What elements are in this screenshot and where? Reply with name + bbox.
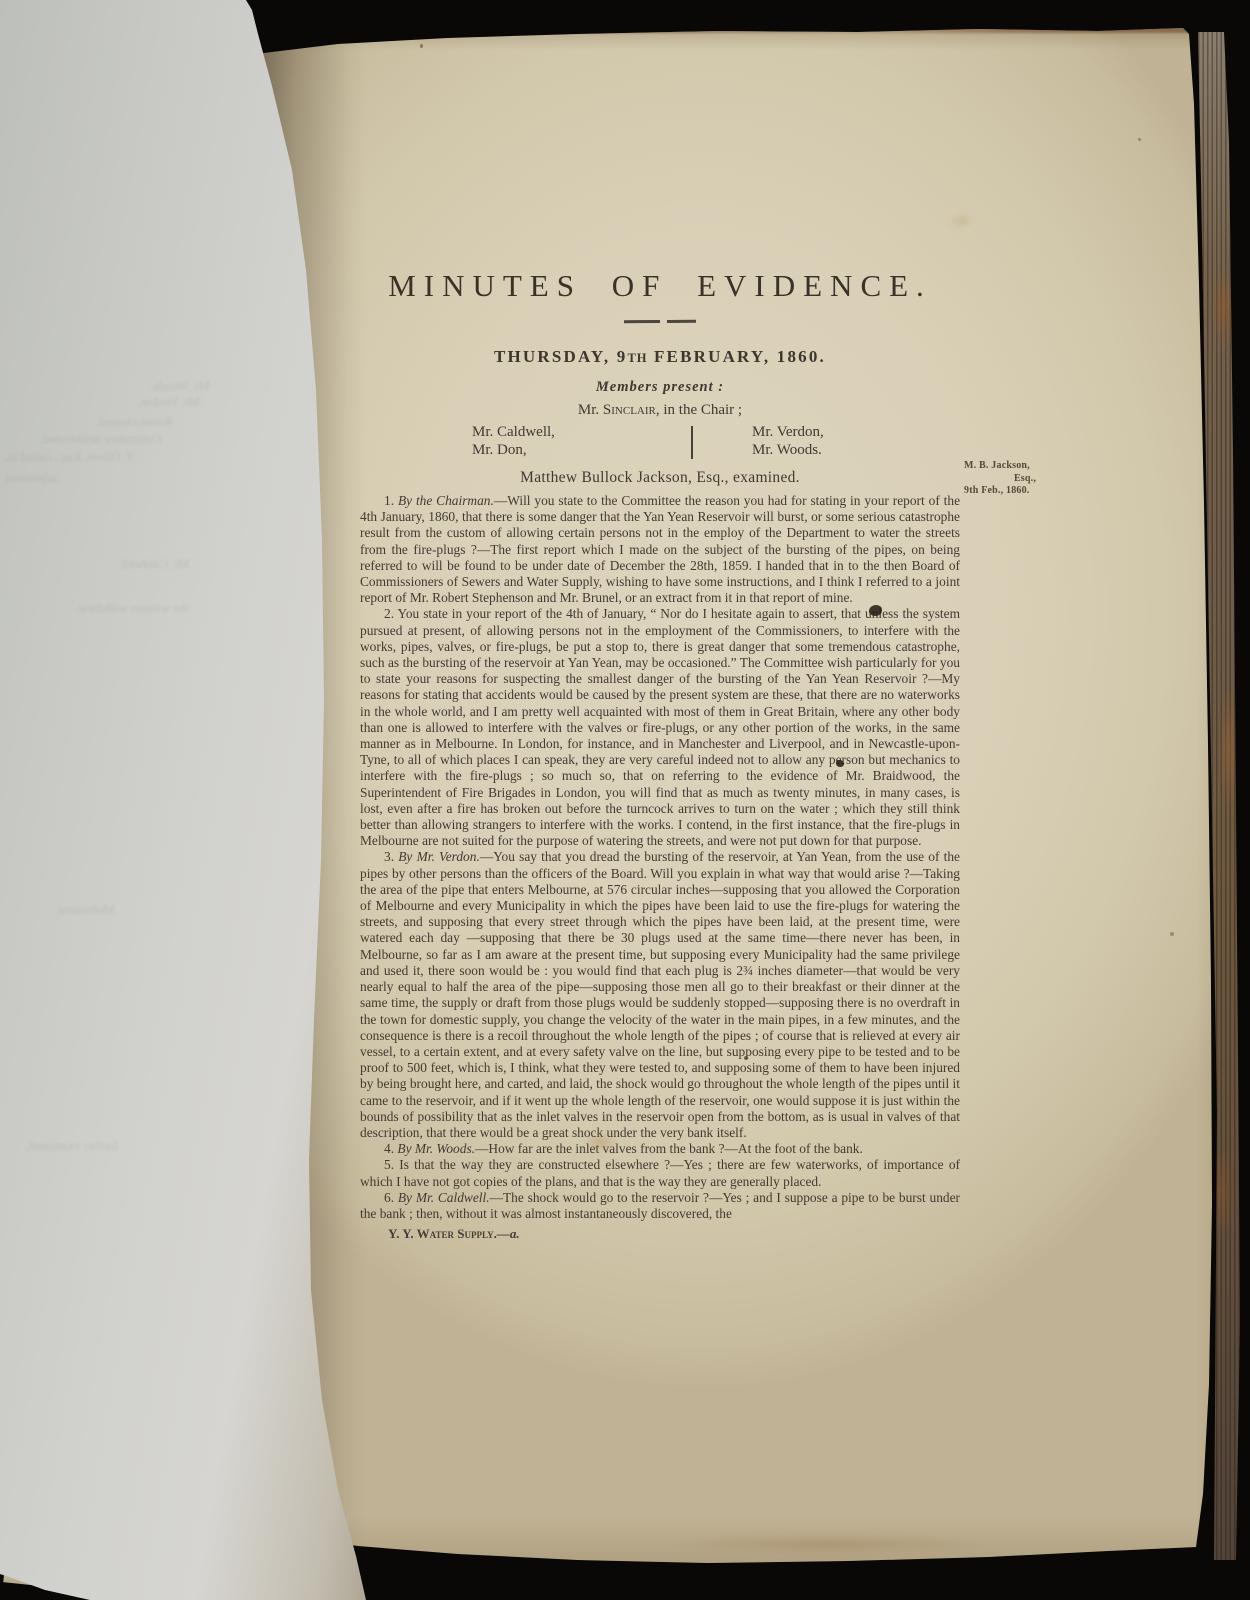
signature-footer: Y. Y. Water Supply.—a. xyxy=(388,1226,960,1242)
question-number: 3. xyxy=(384,849,398,864)
document-page: MINUTES OF EVIDENCE. THURSDAY, 9TH FEBRU… xyxy=(248,24,1238,1570)
paragraph-text: You state in your report of the 4th of J… xyxy=(360,606,960,848)
members-column-left: Mr. Caldwell, Mr. Don, xyxy=(472,423,555,459)
testimony-paragraph: 2. You state in your report of the 4th o… xyxy=(360,606,960,849)
member-name: Mr. Woods. xyxy=(752,441,824,459)
members-present-label: Members present : xyxy=(360,379,960,396)
testimony-paragraph: 4. By Mr. Woods.—How far are the inlet v… xyxy=(360,1141,960,1157)
margin-note-esq: Esq., xyxy=(964,473,1086,486)
ink-blot xyxy=(869,605,882,616)
members-divider-bar xyxy=(691,426,693,459)
witness-examined-line: Matthew Bullock Jackson, Esq., examined. xyxy=(360,469,960,487)
margin-note-date: 9th Feb., 1860. xyxy=(964,485,1086,498)
chairman-name: Sinclair xyxy=(603,402,656,418)
book-photograph: MINUTES OF EVIDENCE. THURSDAY, 9TH FEBRU… xyxy=(0,0,1250,1600)
paragraph-text: —Will you state to the Committee the rea… xyxy=(360,493,960,605)
footer-title: Y. Y. Water Supply. xyxy=(388,1226,497,1241)
examiner-name: By Mr. Verdon. xyxy=(398,849,480,864)
member-name: Mr. Verdon, xyxy=(752,423,824,441)
ink-blot xyxy=(836,760,844,767)
examiner-name: By Mr. Woods. xyxy=(397,1141,475,1156)
divider-dash-right xyxy=(667,320,696,323)
testimony-paragraph: 3. By Mr. Verdon.—You say that you dread… xyxy=(360,849,960,1141)
members-column-right: Mr. Verdon, Mr. Woods. xyxy=(752,423,824,459)
foxing-speck xyxy=(420,44,423,48)
paragraph-text: Is that the way they are constructed els… xyxy=(360,1157,960,1188)
question-number: 6. xyxy=(384,1190,398,1205)
show-through-text: Melbourne xyxy=(58,902,115,918)
member-name: Mr. Caldwell, xyxy=(472,423,555,441)
testimony-paragraph: 6. By Mr. Caldwell.—The shock would go t… xyxy=(360,1190,960,1222)
show-through-text: Mr. Woods, xyxy=(150,378,210,394)
question-number: 2. xyxy=(384,606,398,621)
show-through-text: Mr. Caldwell, xyxy=(118,556,190,572)
session-heading: THURSDAY, 9TH FEBRUARY, 1860. xyxy=(360,347,960,367)
testimony-body: 1. By the Chairman.—Will you state to th… xyxy=(360,493,960,1222)
question-number: 1. xyxy=(384,493,398,508)
foxing-speck xyxy=(1138,138,1141,141)
show-through-text: Committee deliberated, xyxy=(40,431,162,447)
show-through-text: the witness withdrew. xyxy=(76,600,189,616)
examiner-name: By the Chairman. xyxy=(398,493,494,508)
paragraph-text: —How far are the inlet valves from the b… xyxy=(475,1141,863,1156)
show-through-text: further examined, xyxy=(26,1138,118,1154)
question-number: 5. xyxy=(384,1157,399,1172)
margin-note: M. B. Jackson, Esq., 9th Feb., 1860. xyxy=(964,460,1086,498)
chairman-line: Mr. Sinclair, in the Chair ; xyxy=(360,402,960,419)
question-number: 4. xyxy=(384,1141,397,1156)
examiner-name: By Mr. Caldwell. xyxy=(398,1190,490,1205)
show-through-text: T. Oliver, Esq., called in, xyxy=(4,449,134,465)
paper-stain xyxy=(668,1534,988,1554)
paragraph-text: —You say that you dread the bursting of … xyxy=(360,849,960,1139)
testimony-paragraph: 5. Is that the way they are constructed … xyxy=(360,1157,960,1189)
margin-note-witness: M. B. Jackson, xyxy=(964,460,1086,473)
footer-signature-mark: —a. xyxy=(497,1226,520,1241)
title-divider xyxy=(624,320,696,324)
show-through-text: adjourned. xyxy=(2,470,57,486)
members-columns: Mr. Caldwell, Mr. Don, Mr. Verdon, Mr. W… xyxy=(360,423,960,461)
ink-speck xyxy=(744,1056,748,1060)
show-through-text: Mr. Verdon, xyxy=(138,394,200,410)
show-through-text: Room cleared. xyxy=(96,414,172,430)
foxing-speck xyxy=(1170,932,1174,936)
divider-dash-left xyxy=(624,320,660,323)
testimony-paragraph: 1. By the Chairman.—Will you state to th… xyxy=(360,493,960,606)
paper-stain xyxy=(584,1132,618,1152)
page-title: MINUTES OF EVIDENCE. xyxy=(360,268,960,304)
member-name: Mr. Don, xyxy=(472,441,555,459)
printed-text-block: MINUTES OF EVIDENCE. THURSDAY, 9TH FEBRU… xyxy=(360,24,960,1242)
paper-stain xyxy=(948,214,974,228)
